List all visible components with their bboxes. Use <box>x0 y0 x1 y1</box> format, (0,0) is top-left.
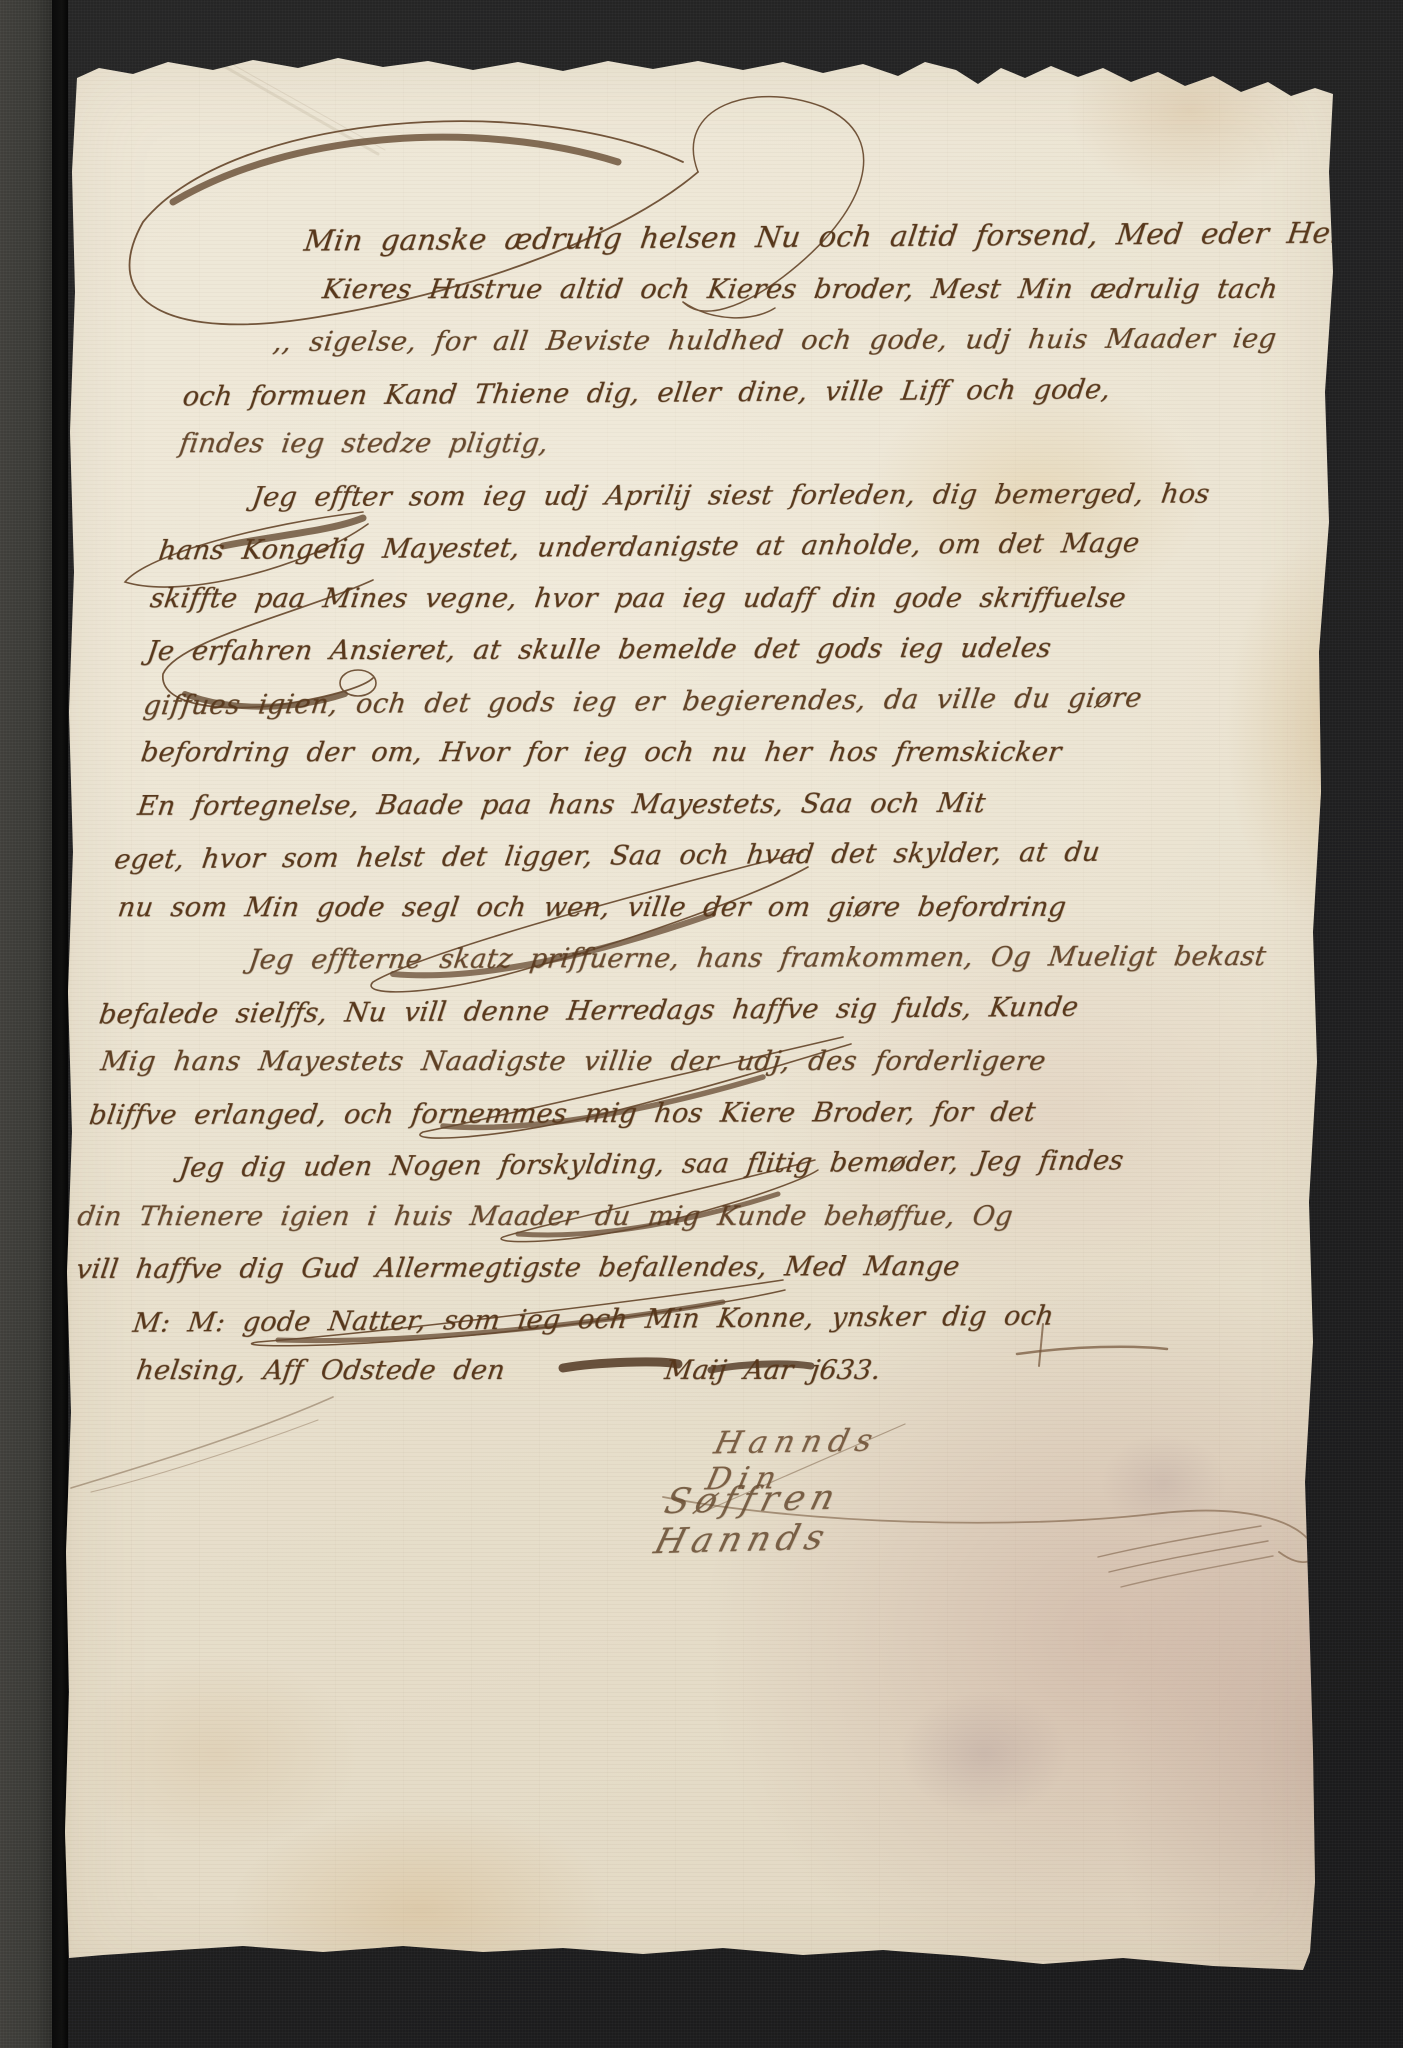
manuscript-line: Je erfahren Ansieret, at skulle bemelde … <box>139 622 1282 677</box>
manuscript-line: Min ganske ædrulig helsen Nu och altid f… <box>196 208 1339 268</box>
manuscript-line: befalede sielffs, Nu vill denne Herredag… <box>90 980 1233 1040</box>
manuscript-line: vill haffve dig Gud Allermegtigste befal… <box>55 1240 1198 1295</box>
archival-photo-page: { "document": { "year_visible": "1633", … <box>0 0 1403 2048</box>
manuscript-line: befordring der om, Hvor for ieg och nu h… <box>126 727 1268 779</box>
manuscript-line: Jeg dig uden Nogen forskylding, saa flit… <box>69 1135 1212 1195</box>
manuscript-line: Jeg effterne skatz priffuerne, hans fram… <box>97 931 1240 986</box>
manuscript-line: Kieres Hustrue altid och Kieres broder, … <box>189 263 1331 315</box>
manuscript-line: helsing, Aff Odstede den Maij Aar j633. <box>41 1345 1183 1397</box>
manuscript-line: bliffve erlanged, och fornemmes mig hos … <box>76 1086 1219 1141</box>
manuscript-page: Min ganske ædrulig helsen Nu och altid f… <box>63 52 1343 1986</box>
manuscript-line: och formuen Kand Thiene dig, eller dine,… <box>175 362 1318 422</box>
manuscript-line: En fortegnelse, Baade paa hans Mayestets… <box>118 777 1261 832</box>
manuscript-line: eget, hvor som helst det ligger, Saa och… <box>111 826 1254 886</box>
manuscript-line: skiffte paa Mines vegne, hvor paa ieg ud… <box>147 572 1289 624</box>
manuscript-line: Jeg effter som ieg udj Aprilij siest for… <box>161 468 1304 523</box>
manuscript-line: ,, sigelse, for all Beviste huldhed och … <box>182 313 1325 368</box>
spine-shadow-gap <box>52 0 68 2048</box>
manuscript-line: M: M: gode Natter, som ieg och Min Konne… <box>48 1289 1191 1349</box>
letter-body: Min ganske ædrulig helsen Nu och altid f… <box>41 210 1339 1398</box>
binding-spine-strip <box>0 0 52 2048</box>
manuscript-line: din Thienere igien i huis Maader du mig … <box>62 1190 1204 1242</box>
manuscript-line: Mig hans Mayestets Naadigste villie der … <box>83 1036 1225 1088</box>
manuscript-line: giffues igien, och det gods ieg er begie… <box>132 671 1275 731</box>
manuscript-line: findes ieg stedze pligtig, <box>168 418 1310 470</box>
manuscript-line: nu som Min gode segl och wen, ville der … <box>104 881 1246 933</box>
manuscript-line: hans Kongelig Mayestet, underdanigste at… <box>153 517 1296 577</box>
signature-line-2: Søffren Hannds <box>650 1478 845 1563</box>
